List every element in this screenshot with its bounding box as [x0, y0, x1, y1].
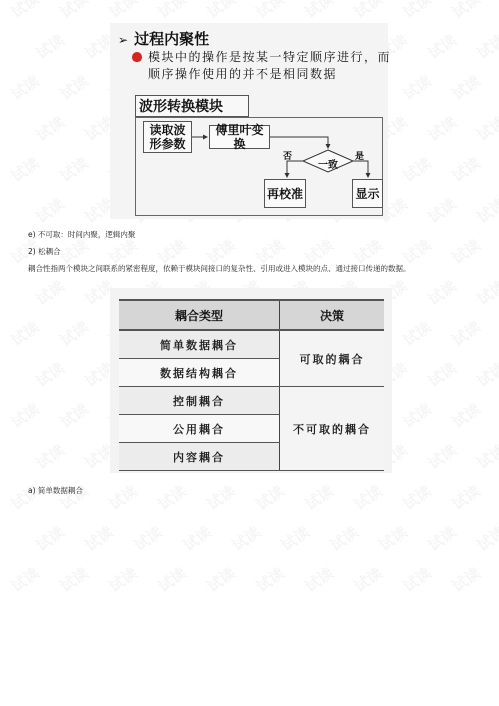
watermark-text: 试读 [350, 0, 387, 23]
watermark-text: 试读 [301, 562, 338, 596]
edge-label-yes: 是 [355, 149, 364, 162]
decision-cell: 不可取的耦合 [280, 387, 385, 471]
watermark-text: 试读 [448, 0, 485, 23]
watermark-text: 试读 [228, 521, 265, 555]
watermark-text: 试读 [448, 480, 485, 514]
watermark-text: 试读 [424, 275, 461, 309]
watermark-text: 试读 [203, 562, 240, 596]
watermark-text: 试读 [399, 152, 436, 186]
watermark-text: 试读 [424, 29, 461, 63]
text-line-loose-coupling: 2) 松耦合 [28, 246, 61, 257]
watermark-text: 试读 [448, 234, 485, 268]
coupling-definition: 耦合性指两个模块之间联系的紧密程度，依赖于模块间接口的复杂性、引用或进入模块的点… [28, 263, 411, 274]
watermark-text: 试读 [473, 29, 499, 63]
watermark-text: 试读 [473, 111, 499, 145]
watermark-text: 试读 [154, 562, 191, 596]
watermark-text: 试读 [7, 562, 44, 596]
text-line-e: e) 不可取：时间内聚，逻辑内聚 [28, 229, 135, 240]
header-coupling-type: 耦合类型 [119, 300, 280, 330]
watermark-text: 试读 [7, 398, 44, 432]
watermark-text: 试读 [154, 0, 191, 23]
watermark-text: 试读 [399, 70, 436, 104]
watermark-text: 试读 [399, 562, 436, 596]
watermark-text: 试读 [32, 275, 69, 309]
watermark-text: 试读 [105, 562, 142, 596]
watermark-text: 试读 [301, 480, 338, 514]
watermark-text: 试读 [7, 70, 44, 104]
watermark-text: 试读 [179, 521, 216, 555]
watermark-text: 试读 [350, 480, 387, 514]
decision-cell: 可取的耦合 [280, 330, 385, 387]
watermark-text: 试读 [32, 193, 69, 227]
watermark-text: 试读 [32, 111, 69, 145]
watermark-text: 试读 [399, 480, 436, 514]
table-row: 控制耦合 不可取的耦合 [119, 387, 384, 415]
watermark-text: 试读 [424, 439, 461, 473]
watermark-text: 试读 [424, 521, 461, 555]
watermark-text: 试读 [7, 0, 44, 23]
coupling-type-cell: 控制耦合 [119, 387, 280, 415]
watermark-text: 试读 [56, 152, 93, 186]
watermark-text: 试读 [448, 316, 485, 350]
node-decision-consistent: 一致 [318, 156, 338, 171]
header-decision: 决策 [280, 300, 385, 330]
coupling-type-cell: 公用耦合 [119, 415, 280, 443]
watermark-text: 试读 [277, 521, 314, 555]
watermark-text: 试读 [473, 193, 499, 227]
watermark-text: 试读 [424, 111, 461, 145]
watermark-text: 试读 [448, 562, 485, 596]
watermark-text: 试读 [375, 521, 412, 555]
watermark-text: 试读 [399, 0, 436, 23]
watermark-text: 试读 [56, 70, 93, 104]
watermark-text: 试读 [301, 0, 338, 23]
watermark-text: 试读 [105, 0, 142, 23]
watermark-text: 试读 [32, 521, 69, 555]
watermark-text: 试读 [252, 480, 289, 514]
watermark-text: 试读 [81, 521, 118, 555]
node-display: 显示 [352, 179, 383, 208]
watermark-text: 试读 [130, 521, 167, 555]
watermark-text: 试读 [473, 275, 499, 309]
coupling-table: 耦合类型 决策 简单数据耦合 可取的耦合 数据结构耦合 控制耦合 不可取的耦合 … [119, 299, 384, 471]
watermark-text: 试读 [448, 70, 485, 104]
watermark-text: 试读 [32, 29, 69, 63]
watermark-text: 试读 [399, 316, 436, 350]
watermark-text: 试读 [56, 316, 93, 350]
node-fourier-transform: 傅里叶变换 [209, 125, 270, 149]
watermark-text: 试读 [473, 439, 499, 473]
node-read-params: 读取波 形参数 [143, 121, 192, 153]
watermark-text: 试读 [473, 357, 499, 391]
watermark-text: 试读 [105, 480, 142, 514]
watermark-text: 试读 [424, 357, 461, 391]
watermark-text: 试读 [56, 562, 93, 596]
watermark-text: 试读 [32, 439, 69, 473]
watermark-text: 试读 [448, 152, 485, 186]
watermark-text: 试读 [56, 0, 93, 23]
watermark-text: 试读 [252, 0, 289, 23]
coupling-table-figure: 耦合类型 决策 简单数据耦合 可取的耦合 数据结构耦合 控制耦合 不可取的耦合 … [110, 288, 392, 473]
watermark-text: 试读 [7, 152, 44, 186]
coupling-type-cell: 数据结构耦合 [119, 359, 280, 387]
watermark-text: 试读 [252, 562, 289, 596]
edge-label-no: 否 [283, 149, 292, 162]
watermark-text: 试读 [203, 480, 240, 514]
watermark-text: 试读 [7, 316, 44, 350]
watermark-text: 试读 [32, 357, 69, 391]
watermark-text: 试读 [203, 0, 240, 23]
coupling-type-cell: 简单数据耦合 [119, 330, 280, 359]
text-line-simple-data-coupling: a) 简单数据耦合 [28, 485, 83, 496]
coupling-type-cell: 内容耦合 [119, 443, 280, 471]
watermark-text: 试读 [154, 480, 191, 514]
watermark-text: 试读 [56, 398, 93, 432]
process-cohesion-figure: ➢过程内聚性 模块中的操作是按某一特定顺序进行，而 顺序操作使用的并不是相同数据… [110, 23, 388, 219]
table-row: 简单数据耦合 可取的耦合 [119, 330, 384, 359]
watermark-text: 试读 [350, 562, 387, 596]
watermark-text: 试读 [399, 398, 436, 432]
watermark-text: 试读 [424, 193, 461, 227]
watermark-text: 试读 [473, 521, 499, 555]
node-recalibrate: 再校准 [264, 179, 306, 208]
watermark-text: 试读 [326, 521, 363, 555]
watermark-text: 试读 [448, 398, 485, 432]
